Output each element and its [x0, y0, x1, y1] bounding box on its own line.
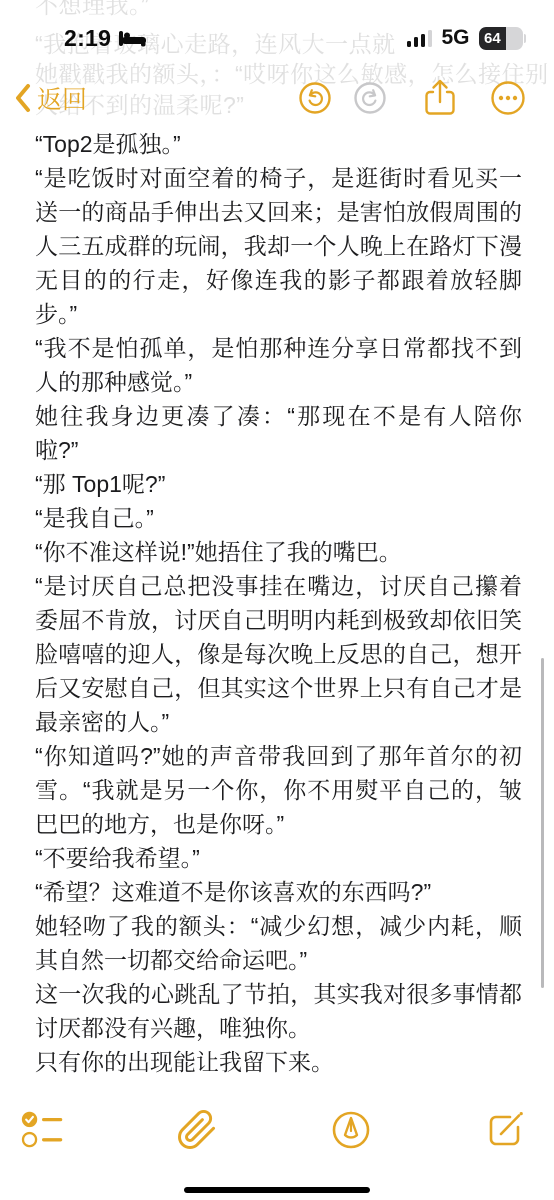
note-paragraph: “你不准这样说!”她捂住了我的嘴巴。 [35, 535, 522, 569]
status-right: 5G 64 [407, 26, 526, 50]
note-paragraph: 只有你的出现能让我留下来。 [35, 1045, 522, 1079]
clock: 2:19 [64, 25, 111, 52]
sleep-focus-bed-icon [118, 29, 147, 48]
attach-icon[interactable] [172, 1105, 222, 1155]
note-paragraph: “希望？这难道不是你该喜欢的东西吗?” [35, 875, 522, 909]
note-paragraph: “那 Top1呢?” [35, 467, 522, 501]
note-body[interactable]: “Top2是孤独。”“是吃饭时对面空着的椅子，是逛街时看见买一送一的商品手伸出去… [35, 127, 522, 1079]
cellular-signal-icon [407, 30, 433, 47]
checklist-icon[interactable] [18, 1105, 68, 1155]
note-paragraph: “不要给我希望。” [35, 841, 522, 875]
scrollbar[interactable] [541, 658, 544, 988]
bottom-toolbar [0, 1098, 554, 1162]
note-paragraph: “是我自己。” [35, 501, 522, 535]
share-icon[interactable] [422, 80, 458, 116]
back-button-label: 返回 [37, 80, 87, 116]
undo-icon[interactable] [297, 80, 333, 116]
battery-icon: 64 [479, 27, 527, 50]
more-options-icon[interactable] [490, 80, 526, 116]
note-paragraph: 她往我身边更凑了凑：“那现在不是有人陪你啦?” [35, 399, 522, 467]
network-type: 5G [441, 26, 469, 50]
note-paragraph: “是讨厌自己总把没事挂在嘴边，讨厌自己攥着委屈不肯放，讨厌自己明明内耗到极致却依… [35, 569, 522, 739]
note-paragraph: “Top2是孤独。” [35, 127, 522, 161]
compose-icon[interactable] [480, 1105, 530, 1155]
markup-icon[interactable] [326, 1105, 376, 1155]
note-paragraph: “我不是怕孤单，是怕那种连分享日常都找不到人的那种感觉。” [35, 331, 522, 399]
back-button[interactable]: 返回 [14, 80, 87, 116]
battery-percent: 64 [479, 27, 507, 50]
chevron-left-icon [14, 83, 31, 113]
note-paragraph: 她轻吻了我的额头：“减少幻想，减少内耗，顺其自然一切都交给命运吧。” [35, 909, 522, 977]
note-paragraph: “是吃饭时对面空着的椅子，是逛街时看见买一送一的商品手伸出去又回来；是害怕放假周… [35, 161, 522, 331]
home-indicator[interactable] [184, 1187, 370, 1194]
redo-icon [352, 80, 388, 116]
nav-bar: 返回 [0, 74, 554, 122]
status-left: 2:19 [64, 25, 147, 52]
note-paragraph: 这一次我的心跳乱了节拍，其实我对很多事情都讨厌都没有兴趣，唯独你。 [35, 977, 522, 1045]
note-paragraph: “你知道吗?”她的声音带我回到了那年首尔的初雪。“我就是另一个你，你不用熨平自己… [35, 739, 522, 841]
ghost-text-line: 不想理我。” [35, 0, 149, 20]
status-bar: 2:19 5G 64 [0, 20, 554, 56]
nav-actions [297, 80, 526, 116]
